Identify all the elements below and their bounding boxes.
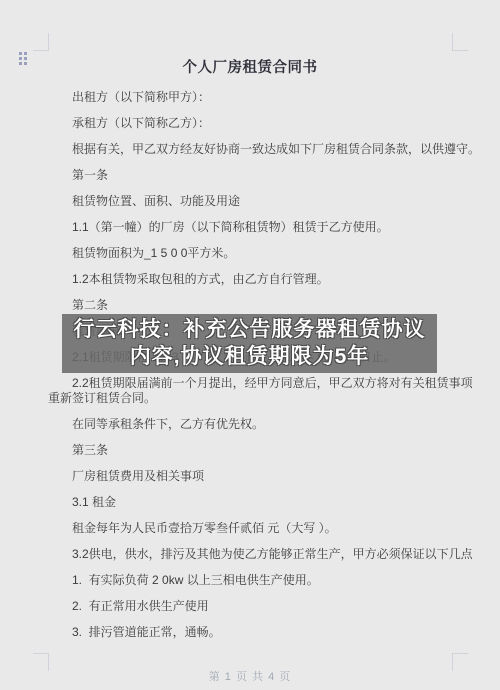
contract-line: 承租方（以下简称乙方）： xyxy=(48,116,480,131)
contract-line: 租赁物面积为_1 5 0 0平方米。 xyxy=(48,246,480,261)
contract-list-item: 1. 有实际负荷 2 0kw 以上三相电供生产使用。 xyxy=(48,573,480,588)
contract-line: 2.2租赁期限届满前一个月提出，经甲方同意后，甲乙双方将对有关租赁事项重新签订租… xyxy=(48,376,480,406)
contract-line: 厂房租赁费用及相关事项 xyxy=(48,469,480,484)
page-margin-mark xyxy=(33,33,49,51)
clause-heading: 第二条 xyxy=(48,298,480,313)
clause-heading: 第一条 xyxy=(48,168,480,183)
contract-line: 1.2本租赁物采取包租的方式，由乙方自行管理。 xyxy=(48,272,480,287)
contract-line: 租赁物位置、面积、功能及用途 xyxy=(48,194,480,209)
clause-heading: 第三条 xyxy=(48,443,480,458)
news-overlay-banner: 行云科技：补充公告服务器租赁协议 内容,协议租赁期限为5年 xyxy=(62,314,437,373)
contract-line: 1.1（第一幢）的厂房（以下简称租赁物）租赁于乙方使用。 xyxy=(48,220,480,235)
contract-list-item: 3. 排污管道能正常，通畅。 xyxy=(48,625,480,640)
contract-line: 根据有关，甲乙双方经友好协商一致达成如下厂房租赁合同条款，以供遵守。 xyxy=(48,142,480,157)
contract-line: 3.2供电，供水，排污及其他为使乙方能够正常生产，甲方必须保证以下几点 xyxy=(48,547,480,562)
contract-line: 在同等承租条件下，乙方有优先权。 xyxy=(48,417,480,432)
contract-line: 3.1 租金 xyxy=(48,495,480,510)
banner-text-line1: 行云科技：补充公告服务器租赁协议 xyxy=(62,316,437,343)
contract-line: 出租方（以下简称甲方）： xyxy=(48,90,480,105)
contract-line: 租金每年为人民币壹拾万零叁仟贰佰 元（大写 ）。 xyxy=(48,521,480,536)
banner-text-line2: 内容,协议租赁期限为5年 xyxy=(62,343,437,370)
document-title: 个人厂房租赁合同书 xyxy=(0,56,500,77)
page-number: 第 1 页 共 4 页 xyxy=(0,668,500,684)
page-margin-mark xyxy=(452,33,468,51)
contract-list-item: 2. 有正常用水供生产使用 xyxy=(48,599,480,614)
